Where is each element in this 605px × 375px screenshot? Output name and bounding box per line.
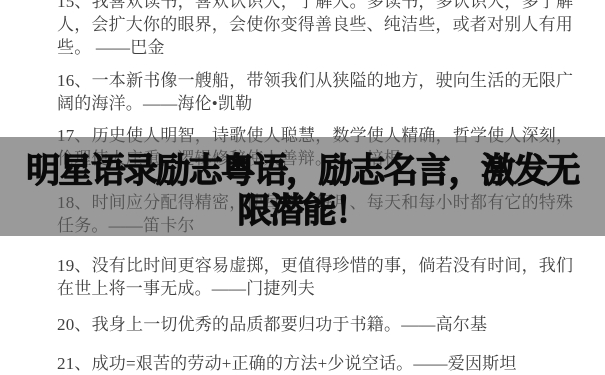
quote-paragraph-21: 21、成功=艰苦的劳动+正确的方法+少说空话。——爱因斯坦 <box>57 352 567 375</box>
quote-line: 在世上将一事无成。——门捷列夫 <box>57 277 567 300</box>
quote-paragraph-16: 16、一本新书像一艘船，带领我们从狭隘的地方，驶向生活的无限广 阔的海洋。——海… <box>57 69 567 115</box>
quote-line: 阔的海洋。——海伦•凯勒 <box>57 92 567 115</box>
quote-line: 些。 ——巴金 <box>57 36 567 59</box>
overlay-title: 明星语录励志粤语，励志名言，激发无 限潜能！ <box>0 151 605 231</box>
quote-line: 15、我喜欢读书，喜欢认识人，了解人。多读书，多认识人，多了解 <box>57 0 567 13</box>
quote-line: 19、没有比时间更容易虚掷，更值得珍惜的事，倘若没有时间，我们 <box>57 254 567 277</box>
quote-paragraph-20: 20、我身上一切优秀的品质都要归功于书籍。——高尔基 <box>57 313 567 336</box>
overlay-title-line-1: 明星语录励志粤语，励志名言，激发无 <box>0 151 605 191</box>
quote-paragraph-15: 15、我喜欢读书，喜欢认识人，了解人。多读书，多认识人，多了解 人，会扩大你的眼… <box>57 0 567 59</box>
overlay-title-line-2: 限潜能！ <box>0 191 605 231</box>
quote-line: 人，会扩大你的眼界，会使你变得善良些、纯洁些，或者对别人有用 <box>57 13 567 36</box>
quote-line: 21、成功=艰苦的劳动+正确的方法+少说空话。——爱因斯坦 <box>57 352 567 375</box>
quote-line: 20、我身上一切优秀的品质都要归功于书籍。——高尔基 <box>57 313 567 336</box>
quote-paragraph-19: 19、没有比时间更容易虚掷，更值得珍惜的事，倘若没有时间，我们 在世上将一事无成… <box>57 254 567 300</box>
document-page: 15、我喜欢读书，喜欢认识人，了解人。多读书，多认识人，多了解 人，会扩大你的眼… <box>0 0 605 375</box>
quote-line: 16、一本新书像一艘船，带领我们从狭隘的地方，驶向生活的无限广 <box>57 69 567 92</box>
